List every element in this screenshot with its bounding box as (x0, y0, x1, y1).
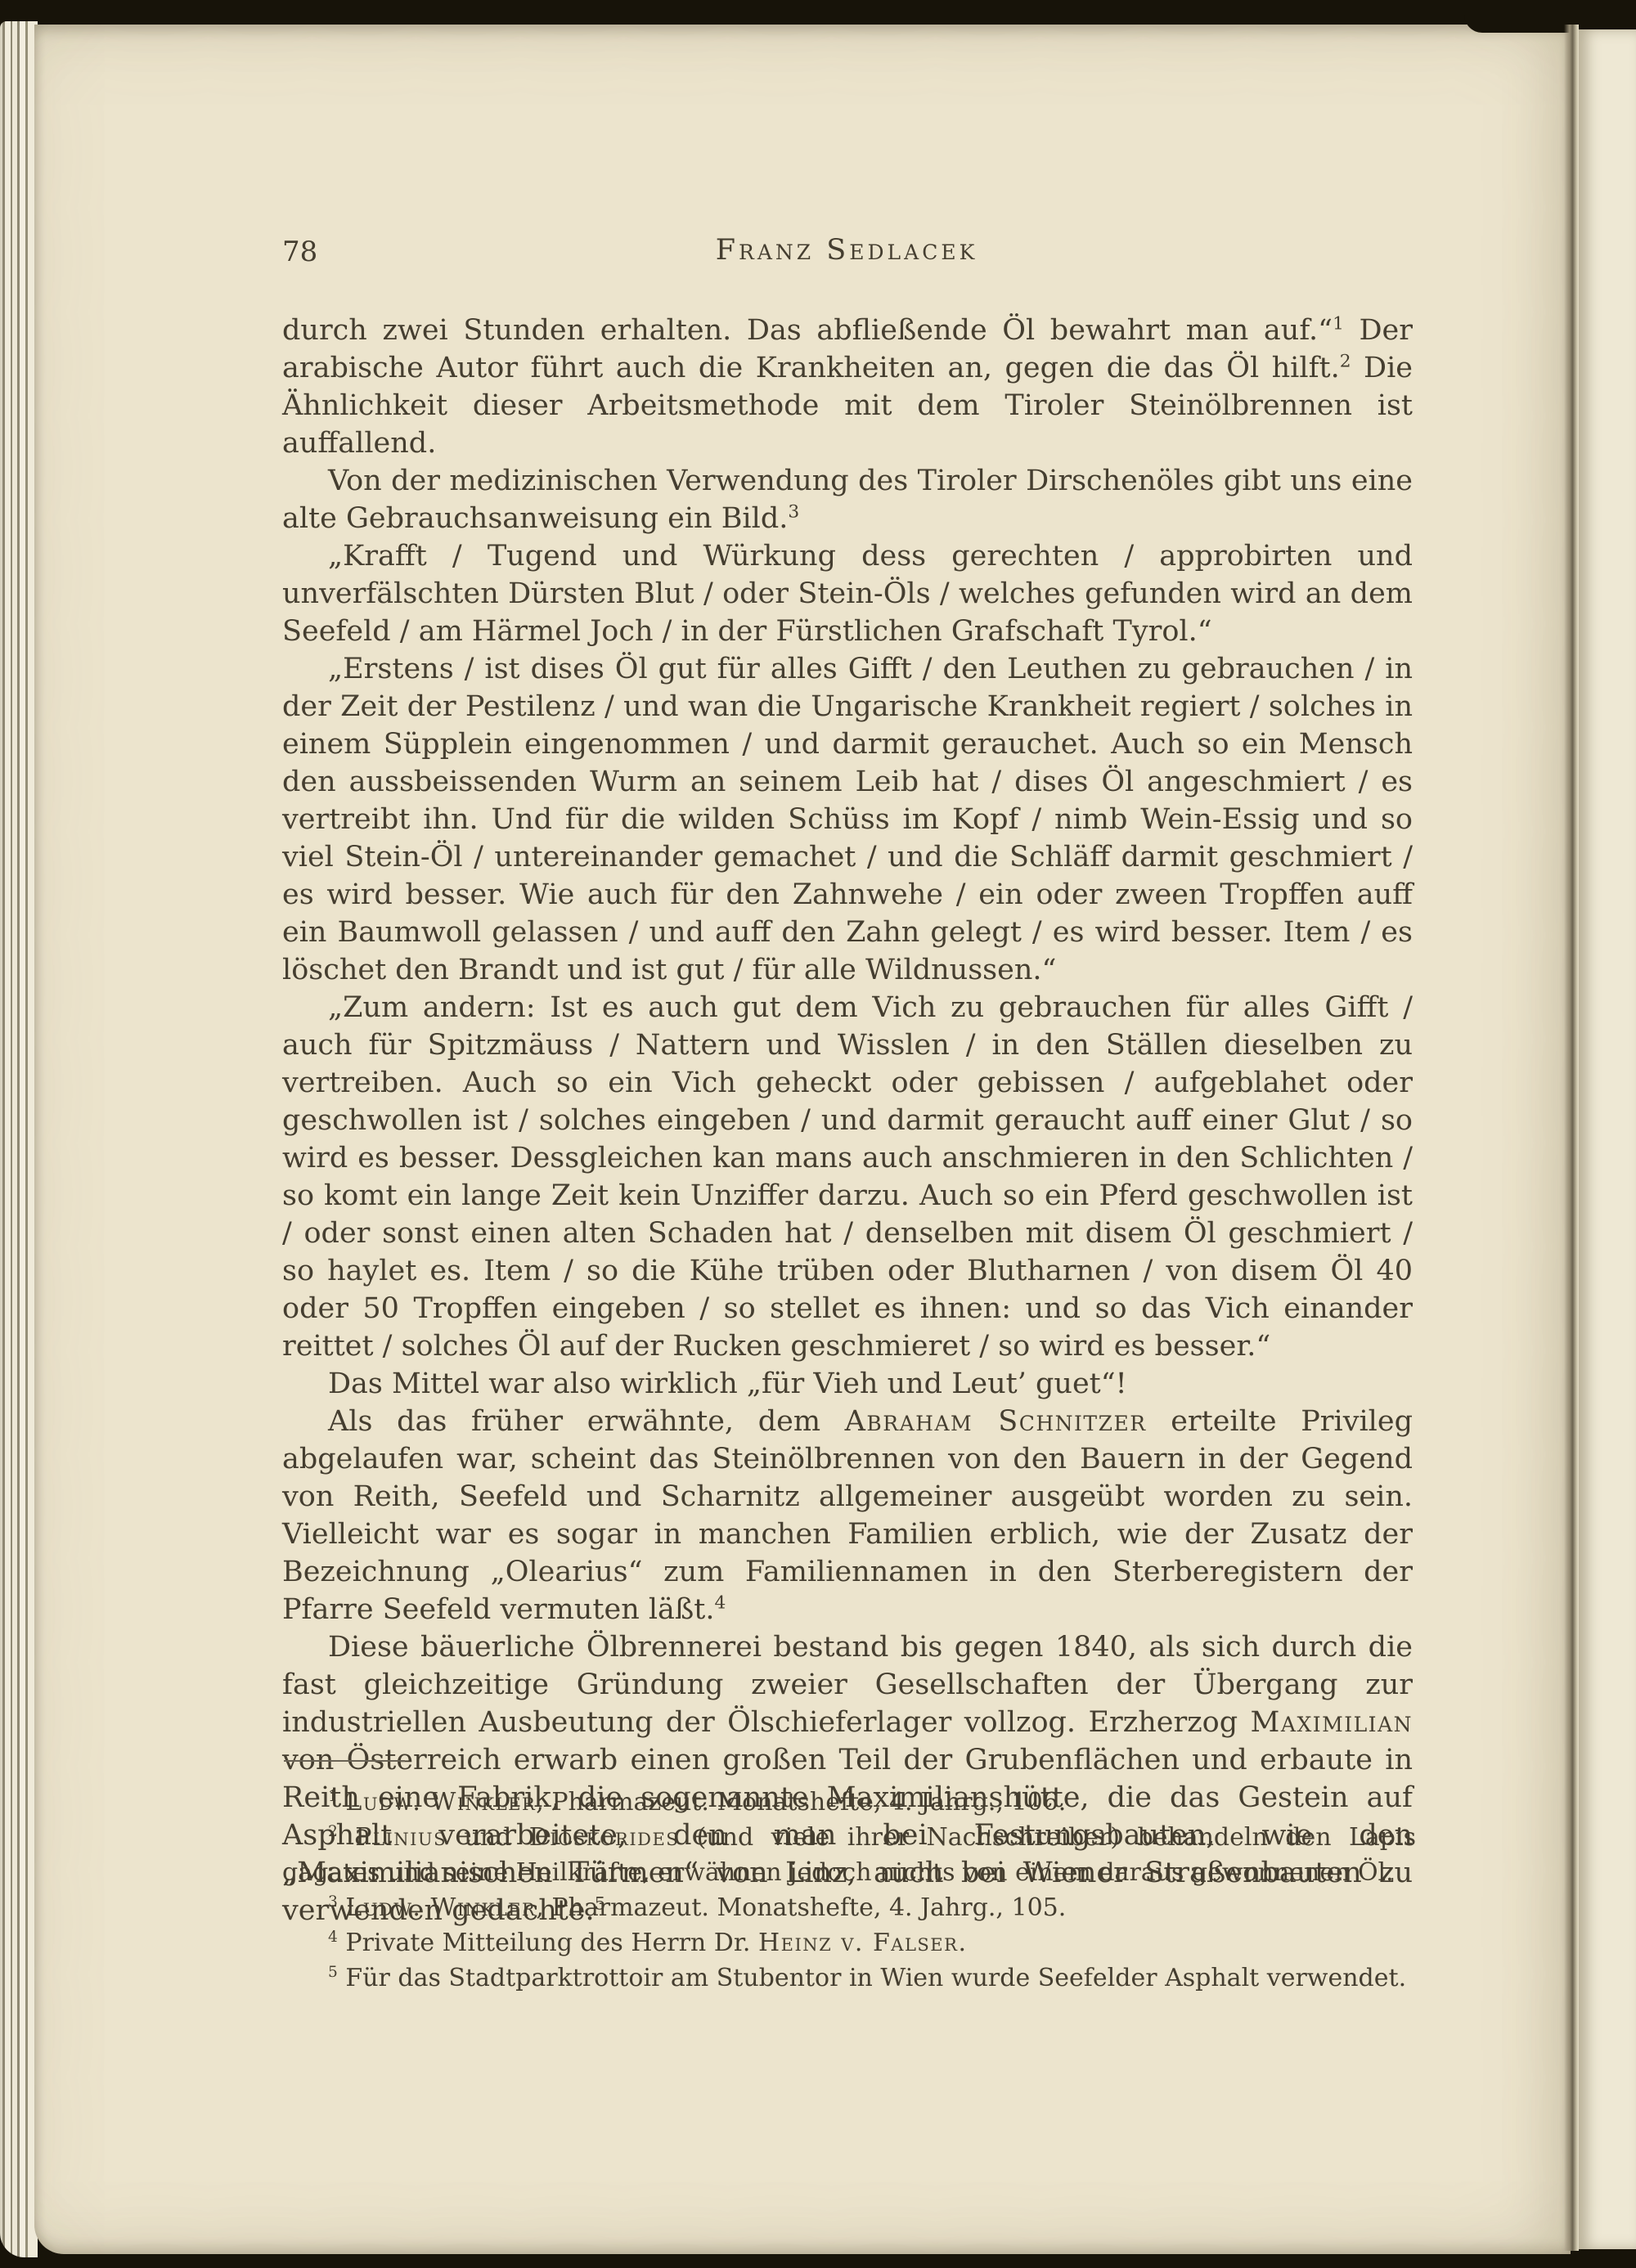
text-run: , Pharmazeut. Monatshefte, 4. Jahrg., 10… (536, 1788, 1066, 1817)
text-run: , Pharmazeut. Monatshefte, 4. Jahrg., 10… (536, 1893, 1066, 1922)
footnote-marker: 3 (328, 1893, 338, 1911)
body-text: durch zwei Stunden erhalten. Das abfließ… (282, 312, 1413, 1929)
paragraph: durch zwei Stunden erhalten. Das abfließ… (282, 312, 1413, 462)
footnote: 4 Private Mitteilung des Herrn Dr. Heinz… (282, 1925, 1416, 1960)
small-caps-name: Plinius (355, 1823, 447, 1852)
footnote-marker: 5 (328, 1964, 338, 1981)
running-header: Franz Sedlacek (282, 234, 1411, 267)
paragraph: „Krafft / Tugend und Würkung dess gerech… (282, 537, 1413, 650)
footnote: 1 Ludw. Winkler, Pharmazeut. Monatshefte… (282, 1785, 1416, 1820)
text-run: Das Mittel war also wirklich „für Vieh u… (328, 1368, 1127, 1400)
paragraph: Als das früher erwähnte, dem Abraham Sch… (282, 1403, 1413, 1628)
footnote-marker: 4 (328, 1929, 338, 1946)
text-run (338, 1788, 346, 1817)
small-caps-name: Ludw. Winkler (345, 1893, 536, 1922)
footnote: 2 Plinius und Dioskorides (und viele ihr… (282, 1820, 1416, 1890)
small-caps-name: Abraham Schnitzer (845, 1405, 1147, 1438)
text-run: erteilte Privileg abgelaufen war, schein… (282, 1405, 1413, 1626)
scanned-book-page: 78 Franz Sedlacek durch zwei Stunden erh… (0, 0, 1636, 2268)
small-caps-name: Heinz v. Falser (758, 1929, 958, 1957)
adjacent-page-edge (1579, 29, 1636, 2249)
scanner-background-notch (1464, 0, 1636, 33)
text-run: Diese bäuerliche Ölbrennerei bestand bis… (282, 1631, 1413, 1739)
small-caps-name: Maximilian (1251, 1706, 1413, 1739)
footnote: 5 Für das Stadtparktrottoir am Stubentor… (282, 1960, 1416, 1996)
footnote-marker: 2 (1340, 351, 1351, 371)
footnotes: 1 Ludw. Winkler, Pharmazeut. Monatshefte… (282, 1785, 1416, 1996)
text-run: durch zwei Stunden erhalten. Das abfließ… (282, 314, 1333, 347)
small-caps-name: Ludw. Winkler (345, 1788, 536, 1817)
page-gutter-shadow (1564, 25, 1579, 2251)
text-run: „Krafft / Tugend und Würkung dess gerech… (282, 540, 1413, 648)
footnote-marker: 4 (715, 1592, 726, 1613)
footnote: 3 Ludw. Winkler, Pharmazeut. Monatshefte… (282, 1890, 1416, 1925)
footnote-marker: 1 (328, 1788, 338, 1805)
text-run: Von der medizinischen Verwendung des Tir… (282, 465, 1413, 535)
paragraph: Das Mittel war also wirklich „für Vieh u… (282, 1365, 1413, 1403)
text-run (338, 1893, 346, 1922)
footnote-marker: 1 (1333, 313, 1344, 334)
text-run: und (447, 1823, 529, 1852)
text-run: Als das früher erwähnte, dem (328, 1405, 845, 1438)
text-run (338, 1823, 355, 1852)
footnote-marker: 2 (328, 1823, 338, 1840)
text-run: Private Mitteilung des Herrn Dr. (338, 1929, 758, 1957)
book-page-edge-stack (0, 21, 38, 2257)
text-run: „Erstens / ist dises Öl gut für alles Gi… (282, 653, 1413, 986)
paragraph: Von der medizinischen Verwendung des Tir… (282, 462, 1413, 537)
text-run: „Zum andern: Ist es auch gut dem Vich zu… (282, 991, 1413, 1363)
small-caps-name: Dioskorides (529, 1823, 679, 1852)
paragraph: „Zum andern: Ist es auch gut dem Vich zu… (282, 989, 1413, 1365)
footnote-marker: 3 (788, 501, 799, 522)
text-run: Für das Stadtparktrottoir am Stubentor i… (338, 1964, 1406, 1992)
text-run: . (958, 1929, 966, 1957)
paragraph: „Erstens / ist dises Öl gut für alles Gi… (282, 650, 1413, 989)
footnote-separator (284, 1760, 405, 1762)
